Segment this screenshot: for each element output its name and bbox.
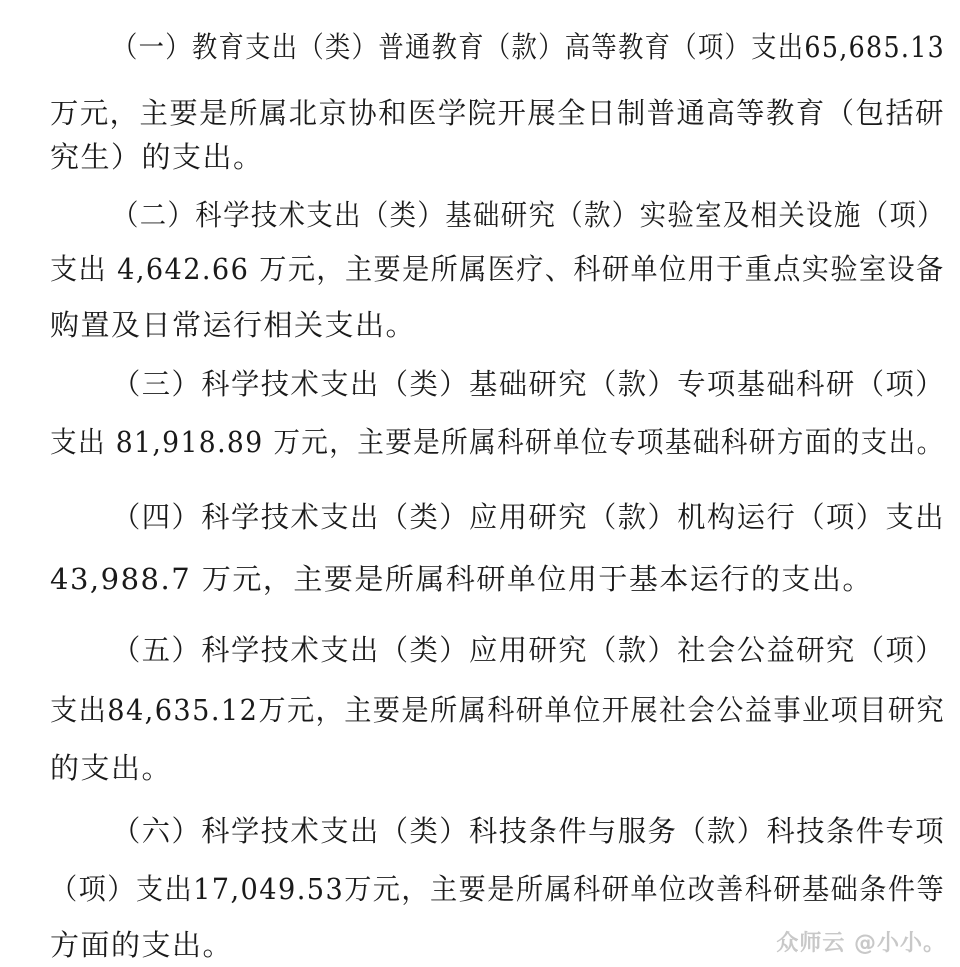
paragraph-line: （四）科学技术支出（类）应用研究（款）机构运行（项）支出 (112, 497, 925, 537)
paragraph-line: 支出 81,918.89 万元，主要是所属科研单位专项基础科研方面的支出。 (50, 422, 871, 462)
paragraph-line: 的支出。 (50, 748, 945, 788)
paragraph-line: （二）科学技术支出（类）基础研究（款）实验室及相关设施（项） (112, 195, 870, 235)
paragraph-line: （项）支出17,049.53万元，主要是所属科研单位改善科研基础条件等 (50, 869, 890, 909)
paragraph-line: （六）科学技术支出（类）科技条件与服务（款）科技条件专项 (112, 811, 925, 851)
paragraph-line: 万元，主要是所属北京协和医学院开展全日制普通高等教育（包括研 (50, 93, 925, 133)
paragraph-line: 究生）的支出。 (50, 137, 945, 177)
document-page: （一）教育支出（类）普通教育（款）高等教育（项）支出65,685.13 万元，主… (0, 0, 960, 967)
paragraph-line: （一）教育支出（类）普通教育（款）高等教育（项）支出65,685.13 (112, 27, 839, 67)
paragraph-line: （五）科学技术支出（类）应用研究（款）社会公益研究（项） (112, 630, 925, 670)
watermark: 众师云 @小小。 (776, 926, 946, 957)
paragraph-line: （三）科学技术支出（类）基础研究（款）专项基础科研（项） (112, 364, 925, 404)
paragraph-line: 支出84,635.12万元，主要是所属科研单位开展社会公益事业项目研究 (50, 690, 890, 730)
paragraph-line: 购置及日常运行相关支出。 (50, 305, 945, 345)
paragraph-line: 43,988.7 万元，主要是所属科研单位用于基本运行的支出。 (50, 559, 945, 599)
paragraph-line: 支出 4,642.66 万元，主要是所属医疗、科研单位用于重点实验室设备 (50, 249, 888, 289)
